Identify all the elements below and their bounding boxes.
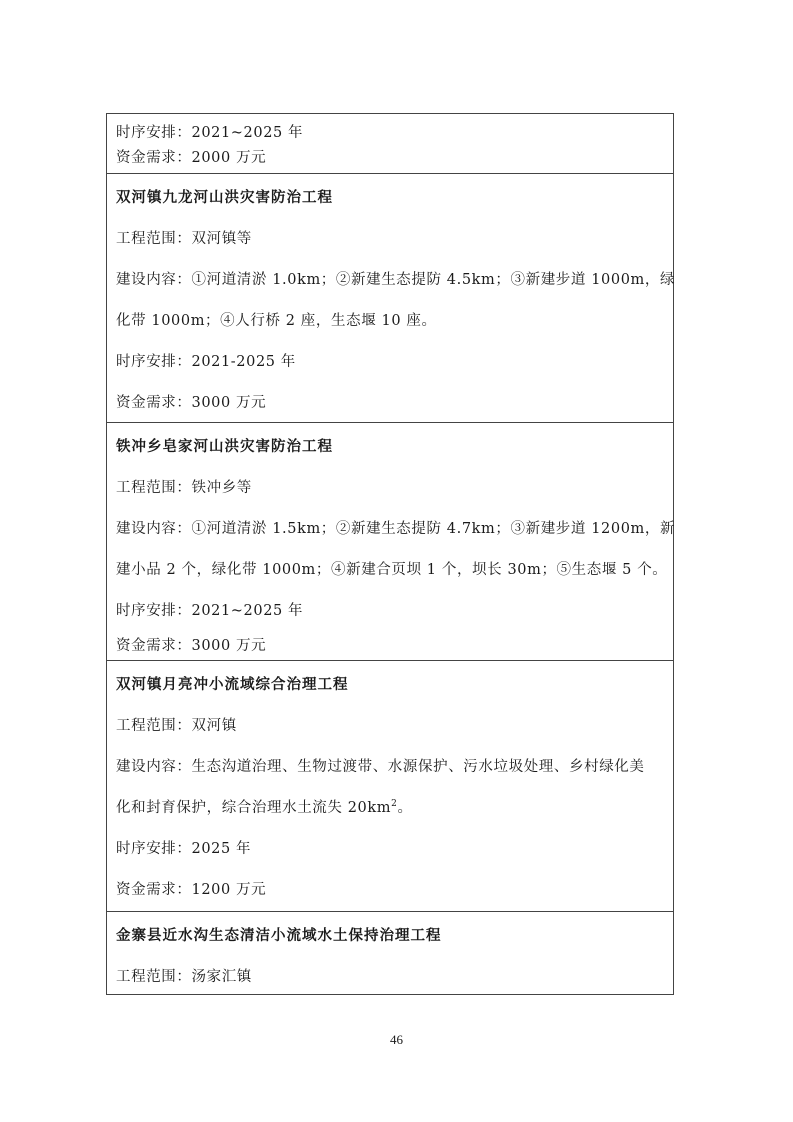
project-table: 时序安排：2021~2025 年 资金需求：2000 万元 双河镇九龙河山洪灾害… xyxy=(106,113,674,995)
scope-text: 工程范围：铁冲乡等 xyxy=(116,476,673,517)
content-text-line1: 建设内容：生态沟道治理、生物过渡带、水源保护、污水垃圾处理、乡村绿化美 xyxy=(116,755,673,796)
project-cell-continuation: 时序安排：2021~2025 年 资金需求：2000 万元 xyxy=(107,114,673,174)
project-cell-yueliangchong: 双河镇月亮冲小流域综合治理工程 工程范围：双河镇 建设内容：生态沟道治理、生物过… xyxy=(107,661,673,912)
page-number: 46 xyxy=(0,1032,793,1048)
schedule-text: 时序安排：2021~2025 年 xyxy=(116,121,673,146)
content-text-line2: 建小品 2 个，绿化带 1000m；④新建合页坝 1 个，坝长 30m；⑤生态堰… xyxy=(116,558,673,599)
project-title: 双河镇月亮冲小流域综合治理工程 xyxy=(116,673,673,714)
content-text-line1: 建设内容：①河道清淤 1.0km；②新建生态提防 4.5km；③新建步道 100… xyxy=(116,268,673,309)
content-text-line2: 化带 1000m；④人行桥 2 座，生态堰 10 座。 xyxy=(116,309,673,350)
funding-text: 资金需求：1200 万元 xyxy=(116,878,673,899)
scope-text: 工程范围：汤家汇镇 xyxy=(116,965,673,986)
funding-text: 资金需求：2000 万元 xyxy=(116,146,673,167)
project-title: 金寨县近水沟生态清洁小流域水土保持治理工程 xyxy=(116,924,673,965)
scope-text: 工程范围：双河镇 xyxy=(116,714,673,755)
scope-text: 工程范围：双河镇等 xyxy=(116,227,673,268)
schedule-text: 时序安排：2025 年 xyxy=(116,837,673,878)
content-text-line2-end: 。 xyxy=(397,800,412,816)
funding-text: 资金需求：3000 万元 xyxy=(116,634,673,655)
content-text-line1: 建设内容：①河道清淤 1.5km；②新建生态提防 4.7km；③新建步道 120… xyxy=(116,517,673,558)
project-title: 双河镇九龙河山洪灾害防治工程 xyxy=(116,186,673,227)
schedule-text: 时序安排：2021-2025 年 xyxy=(116,350,673,391)
project-cell-zaojia-river: 铁冲乡皂家河山洪灾害防治工程 工程范围：铁冲乡等 建设内容：①河道清淤 1.5k… xyxy=(107,423,673,661)
funding-text: 资金需求：3000 万元 xyxy=(116,391,673,412)
project-cell-jinshuigou: 金寨县近水沟生态清洁小流域水土保持治理工程 工程范围：汤家汇镇 xyxy=(107,912,673,994)
content-text-line2: 化和封育保护，综合治理水土流失 20km2。 xyxy=(116,796,673,837)
project-title: 铁冲乡皂家河山洪灾害防治工程 xyxy=(116,435,673,476)
project-cell-jiulong-river: 双河镇九龙河山洪灾害防治工程 工程范围：双河镇等 建设内容：①河道清淤 1.0k… xyxy=(107,174,673,423)
schedule-text: 时序安排：2021~2025 年 xyxy=(116,599,673,634)
content-text-line2-main: 化和封育保护，综合治理水土流失 20km xyxy=(116,800,391,816)
